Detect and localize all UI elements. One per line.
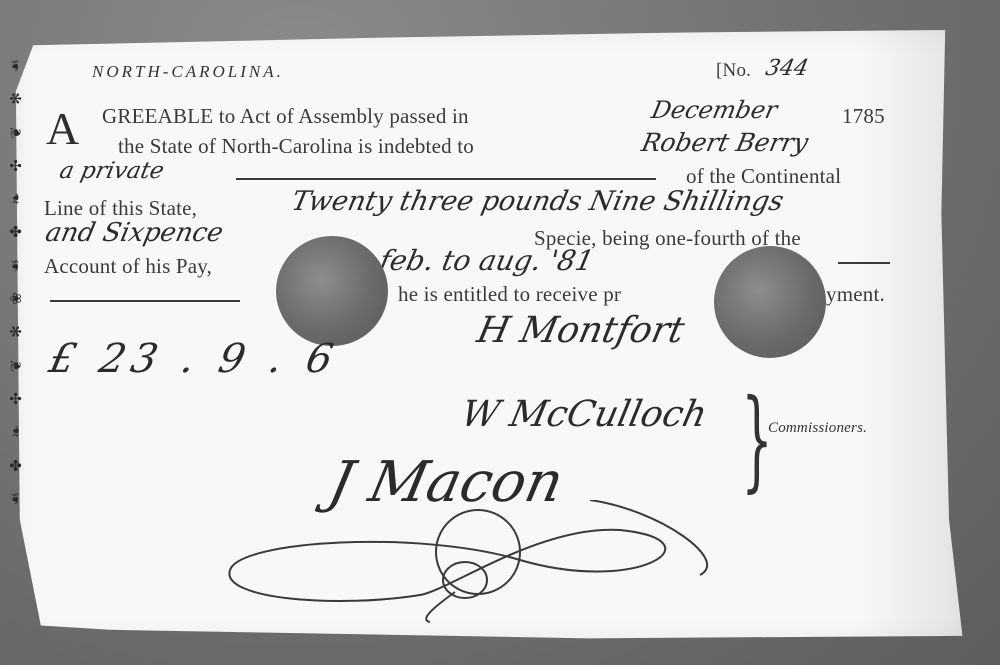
ornament-icon: ❀	[8, 292, 23, 305]
handwritten-month: December	[649, 96, 780, 124]
ornament-icon: ✤	[8, 459, 23, 472]
blank-rule	[50, 300, 240, 302]
handwritten-pay-period: feb. to aug. '81	[376, 244, 596, 277]
ornament-icon: ❦	[8, 359, 23, 372]
handwritten-amount-figures: £ 23 . 9 . 6	[45, 336, 343, 382]
ornament-icon: ❧	[8, 425, 23, 438]
decorative-border: ☙ ✻ ❦ ✣ ❧ ✤ ☙ ❀ ✻ ❦ ✣ ❧ ✤ ☙	[4, 58, 28, 506]
ornament-icon: ☙	[8, 492, 23, 505]
blank-rule	[838, 262, 890, 264]
cancellation-punch-hole	[714, 246, 826, 358]
handwritten-rank: a private	[57, 158, 166, 184]
ornament-icon: ❦	[8, 126, 23, 139]
handwritten-amount-words-1: Twenty three pounds Nine Shillings	[289, 186, 787, 217]
cancellation-punch-hole	[276, 236, 388, 346]
signature-mcculloch: W McCulloch	[458, 394, 711, 435]
ornament-icon: ✻	[8, 93, 23, 106]
ornament-icon: ✣	[8, 392, 23, 405]
commissioners-label: Commissioners.	[768, 420, 867, 437]
printed-line-7-end: yment.	[826, 282, 885, 307]
ornament-icon: ☙	[8, 59, 23, 72]
ornament-icon: ❧	[8, 192, 23, 205]
state-title: NORTH-CAROLINA.	[92, 62, 284, 82]
printed-line-6: Account of his Pay,	[44, 254, 212, 279]
handwritten-amount-words-2: and Sixpence	[43, 218, 226, 248]
blank-rule	[236, 178, 656, 180]
printed-line-1: GREEABLE to Act of Assembly passed in	[102, 104, 469, 129]
printed-line-7: he is entitled to receive pr	[398, 282, 621, 307]
year: 1785	[842, 104, 885, 129]
drop-cap: A	[46, 106, 79, 152]
ornament-icon: ✤	[8, 226, 23, 239]
voucher-number-label: [No.	[716, 60, 751, 82]
ornament-icon: ✻	[8, 326, 23, 339]
ornament-icon: ✣	[8, 159, 23, 172]
voucher-number: 344	[763, 56, 810, 81]
commissioners-brace: }	[741, 384, 773, 494]
signature-flourish	[220, 500, 740, 630]
signature-montfort: H Montfort	[474, 310, 688, 351]
printed-line-2: the State of North-Carolina is indebted …	[118, 134, 474, 159]
ornament-icon: ☙	[8, 259, 23, 272]
handwritten-payee: Robert Berry	[639, 128, 811, 157]
